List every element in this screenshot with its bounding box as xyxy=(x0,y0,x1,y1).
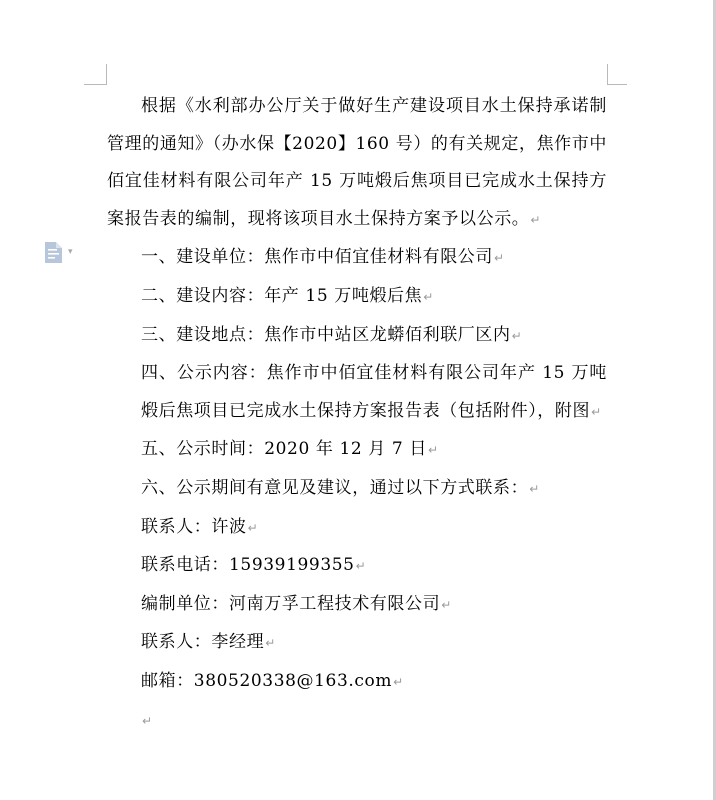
paragraph-mark: ↵ xyxy=(141,714,152,728)
empty-paragraph: ↵ xyxy=(141,702,607,741)
paragraph-text: 根据《水利部办公厅关于做好生产建设项目水土保持承诺制管理的通知》（办水保【202… xyxy=(107,96,607,229)
document-body: 根据《水利部办公厅关于做好生产建设项目水土保持承诺制管理的通知》（办水保【202… xyxy=(107,88,607,740)
chevron-down-icon[interactable]: ▾ xyxy=(68,248,73,257)
paragraph-mark: ↵ xyxy=(511,329,522,343)
paragraph-text: 三、建设地点：焦作市中站区龙蟒佰利联厂区内 xyxy=(141,325,511,345)
paragraph-mark: ↵ xyxy=(422,290,433,304)
paragraph-text: 邮箱：380520338@163.com xyxy=(141,671,392,691)
paragraph-intro: 根据《水利部办公厅关于做好生产建设项目水土保持承诺制管理的通知》（办水保【202… xyxy=(107,88,607,239)
paragraph-text: 六、公示期间有意见及建议，通过以下方式联系： xyxy=(141,478,528,498)
item-4-announcement-content: 四、公示内容：焦作市中佰宜佳材料有限公司年产 15 万吨煅后焦项目已完成水土保持… xyxy=(141,355,607,431)
paragraph-mark: ↵ xyxy=(247,521,258,535)
paragraph-mark: ↵ xyxy=(427,443,438,457)
item-1-construction-unit: 一、建设单位：焦作市中佰宜佳材料有限公司↵ xyxy=(141,239,607,278)
item-6-feedback-methods: 六、公示期间有意见及建议，通过以下方式联系：↵ xyxy=(141,470,607,509)
word-document-page: ▾ 根据《水利部办公厅关于做好生产建设项目水土保持承诺制管理的通知》（办水保【2… xyxy=(0,0,716,800)
paragraph-mark: ↵ xyxy=(392,675,403,689)
paragraph-text: 二、建设内容：年产 15 万吨煅后焦 xyxy=(141,286,422,306)
paragraph-mark: ↵ xyxy=(493,251,504,265)
item-2-construction-content: 二、建设内容：年产 15 万吨煅后焦↵ xyxy=(141,278,607,317)
paragraph-text: 四、公示内容：焦作市中佰宜佳材料有限公司年产 15 万吨煅后焦项目已完成水土保持… xyxy=(141,363,607,421)
line-contact-phone: 联系电话：15939199355↵ xyxy=(141,547,607,586)
line-contact-person: 联系人：许波↵ xyxy=(141,509,607,548)
paragraph-text: 五、公示时间：2020 年 12 月 7 日 xyxy=(141,439,427,459)
paragraph-mark: ↵ xyxy=(264,636,275,650)
line-contact-person-2: 联系人：李经理↵ xyxy=(141,624,607,663)
paragraph-mark: ↵ xyxy=(528,482,539,496)
margin-mark-top-right xyxy=(607,64,627,85)
paragraph-text: 联系电话：15939199355 xyxy=(141,555,355,575)
item-3-construction-location: 三、建设地点：焦作市中站区龙蟒佰利联厂区内↵ xyxy=(141,317,607,356)
item-5-announcement-time: 五、公示时间：2020 年 12 月 7 日↵ xyxy=(141,431,607,470)
line-email: 邮箱：380520338@163.com↵ xyxy=(141,663,607,702)
paragraph-mark: ↵ xyxy=(355,559,366,573)
paste-options-button[interactable]: ▾ xyxy=(44,241,73,264)
paragraph-mark: ↵ xyxy=(590,405,601,419)
paragraph-text: 联系人：李经理 xyxy=(141,632,264,652)
paragraph-text: 编制单位：河南万孚工程技术有限公司 xyxy=(141,594,440,614)
paste-document-icon xyxy=(44,241,63,264)
margin-mark-top-left xyxy=(84,64,107,85)
paragraph-text: 联系人：许波 xyxy=(141,517,247,537)
paragraph-mark: ↵ xyxy=(529,213,540,227)
line-compiling-unit: 编制单位：河南万孚工程技术有限公司↵ xyxy=(141,586,607,625)
paragraph-mark: ↵ xyxy=(440,598,451,612)
paragraph-text: 一、建设单位：焦作市中佰宜佳材料有限公司 xyxy=(141,247,493,267)
